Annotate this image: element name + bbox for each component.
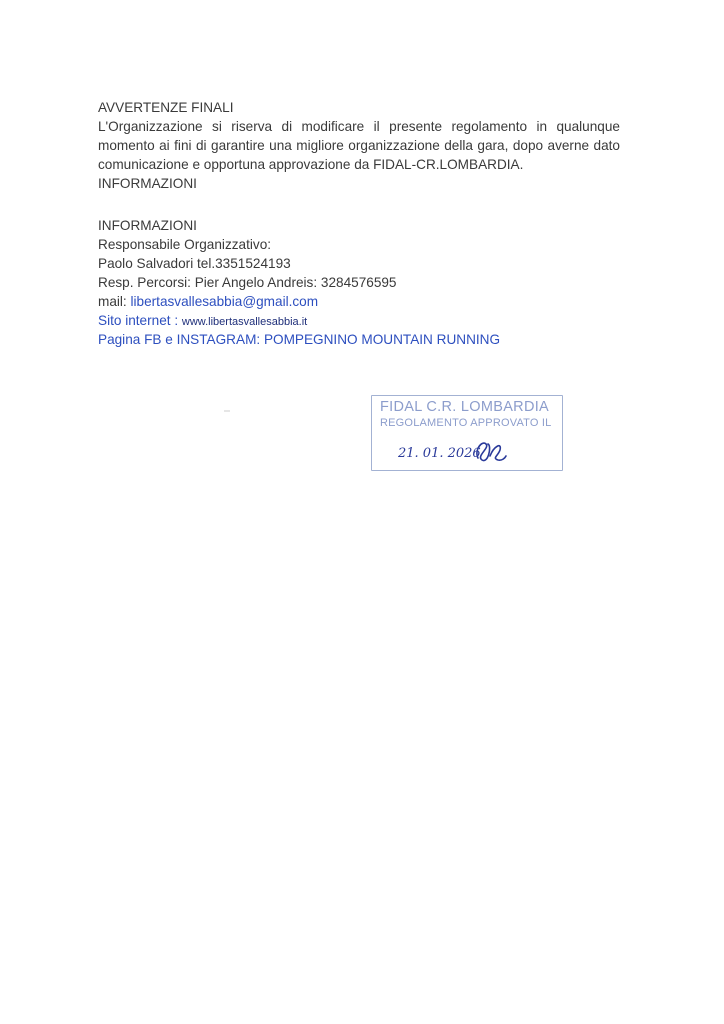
signature-icon bbox=[472, 436, 508, 466]
document-page: AVVERTENZE FINALI L'Organizzazione si ri… bbox=[0, 0, 724, 1024]
organizer-contact: Paolo Salvadori tel.3351524193 bbox=[98, 254, 500, 273]
mail-label: mail: bbox=[98, 294, 130, 309]
stamp-title: FIDAL C.R. LOMBARDIA bbox=[380, 399, 549, 415]
mail-row: mail: libertasvallesabbia@gmail.com bbox=[98, 292, 500, 311]
approval-stamp: FIDAL C.R. LOMBARDIA REGOLAMENTO APPROVA… bbox=[371, 395, 563, 471]
routes-contact: Resp. Percorsi: Pier Angelo Andreis: 328… bbox=[98, 273, 500, 292]
organizer-label: Responsabile Organizzativo: bbox=[98, 235, 500, 254]
info-section: INFORMAZIONI Responsabile Organizzativo:… bbox=[98, 216, 500, 349]
final-notes-line: L'Organizzazione si riserva di modificar… bbox=[98, 117, 620, 136]
social-line: Pagina FB e INSTAGRAM: POMPEGNINO MOUNTA… bbox=[98, 330, 500, 349]
site-label: Sito internet : bbox=[98, 313, 182, 328]
final-notes-section: AVVERTENZE FINALI L'Organizzazione si ri… bbox=[98, 98, 620, 193]
info-heading: INFORMAZIONI bbox=[98, 216, 500, 235]
final-notes-heading: AVVERTENZE FINALI bbox=[98, 98, 620, 117]
stamp-date: 21. 01. 2026 bbox=[398, 446, 481, 461]
scan-speck bbox=[224, 410, 230, 412]
site-row: Sito internet : www.libertasvallesabbia.… bbox=[98, 311, 500, 330]
site-link[interactable]: www.libertasvallesabbia.it bbox=[182, 316, 307, 328]
final-notes-line: comunicazione e opportuna approvazione d… bbox=[98, 155, 620, 174]
final-notes-trailing-heading: INFORMAZIONI bbox=[98, 174, 620, 193]
stamp-subtitle: REGOLAMENTO APPROVATO IL bbox=[380, 417, 551, 429]
final-notes-line: momento ai fini di garantire una miglior… bbox=[98, 136, 620, 155]
mail-link[interactable]: libertasvallesabbia@gmail.com bbox=[130, 294, 318, 309]
